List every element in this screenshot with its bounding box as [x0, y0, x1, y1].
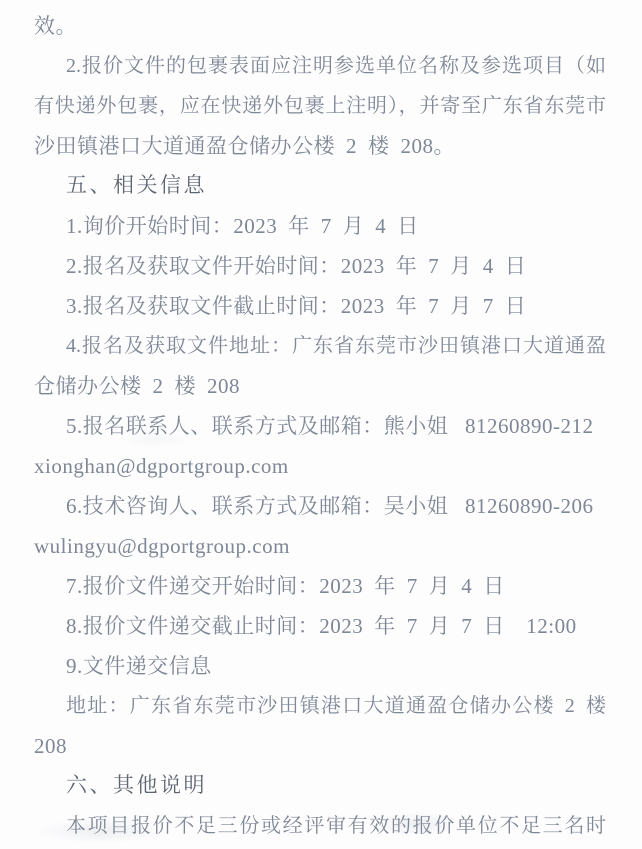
- text-line: 2.报价文件的包裹表面应注明参选单位名称及参选项目（如: [34, 46, 606, 86]
- text-line: 仓储办公楼 2 楼 208: [34, 366, 606, 406]
- document-body: 效。2.报价文件的包裹表面应注明参选单位名称及参选项目（如有快递外包裹，应在快递…: [34, 6, 606, 846]
- text-line: 6.技术咨询人、联系方式及邮箱：吴小姐 81260890-206: [34, 486, 606, 526]
- text-line: 7.报价文件递交开始时间：2023 年 7 月 4 日: [34, 566, 606, 606]
- text-line: 有快递外包裹，应在快递外包裹上注明），并寄至广东省东莞市: [34, 86, 606, 126]
- section-heading: 六、其他说明: [34, 766, 606, 806]
- text-line: 地址：广东省东莞市沙田镇港口大道通盈仓储办公楼 2 楼: [34, 686, 606, 726]
- text-line: 1.询价开始时间：2023 年 7 月 4 日: [34, 206, 606, 246]
- text-line: 2.报名及获取文件开始时间：2023 年 7 月 4 日: [34, 246, 606, 286]
- text-line: wulingyu@dgportgroup.com: [34, 526, 606, 566]
- text-line: 3.报名及获取文件截止时间：2023 年 7 月 7 日: [34, 286, 606, 326]
- text-line: 本项目报价不足三份或经评审有效的报价单位不足三名时: [34, 806, 606, 846]
- text-line: 8.报价文件递交截止时间：2023 年 7 月 7 日 12:00: [34, 606, 606, 646]
- text-line: 9.文件递交信息: [34, 646, 606, 686]
- text-line: xionghan@dgportgroup.com: [34, 446, 606, 486]
- text-line: 沙田镇港口大道通盈仓储办公楼 2 楼 208。: [34, 126, 606, 166]
- section-heading: 五、相关信息: [34, 166, 606, 206]
- document-page: 效。2.报价文件的包裹表面应注明参选单位名称及参选项目（如有快递外包裹，应在快递…: [0, 0, 642, 849]
- text-line: 208: [34, 726, 606, 766]
- text-line: 4.报名及获取文件地址：广东省东莞市沙田镇港口大道通盈: [34, 326, 606, 366]
- text-line: 5.报名联系人、联系方式及邮箱：熊小姐 81260890-212: [34, 406, 606, 446]
- text-line: 效。: [34, 6, 606, 46]
